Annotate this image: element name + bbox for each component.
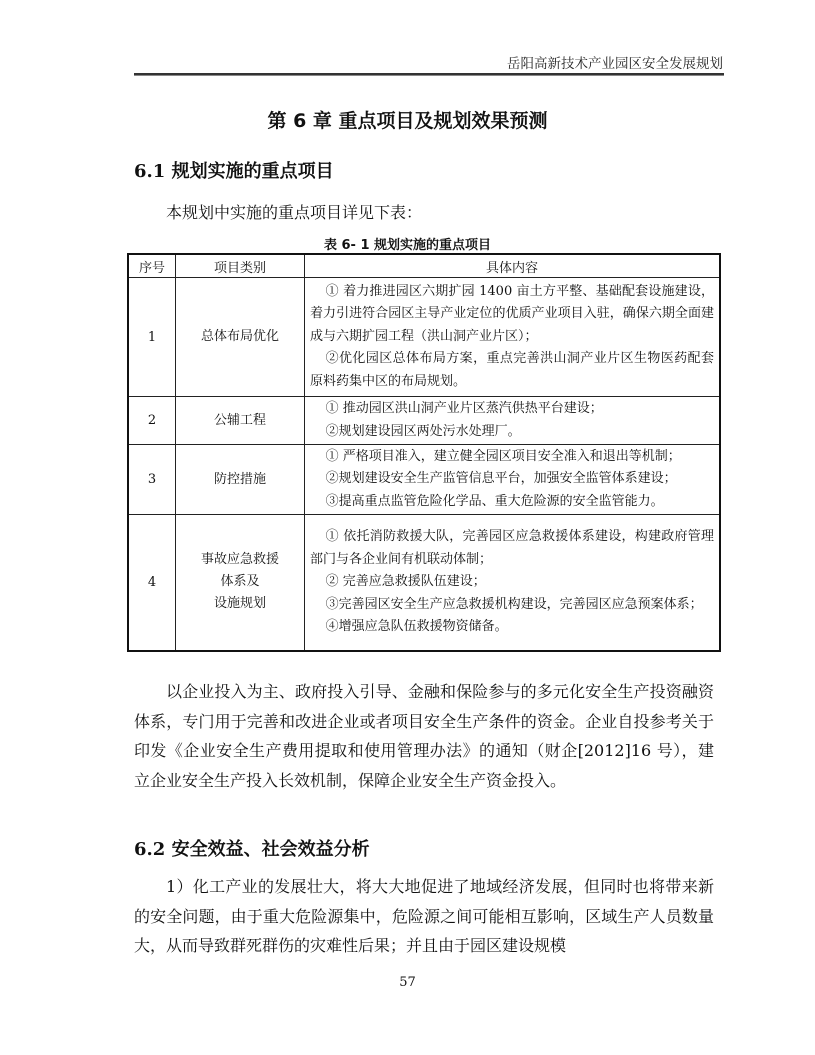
running-header: 岳阳高新技术产业园区安全发展规划	[507, 52, 723, 72]
row-category: 公辅工程	[176, 397, 305, 445]
content-item: ②优化园区总体布局方案，重点完善洪山洞产业片区生物医药配套原料药集中区的布局规划…	[310, 348, 714, 393]
table-caption: 表 6- 1 规划实施的重点项目	[0, 234, 815, 253]
row-category: 防控措施	[176, 445, 305, 515]
row-category: 总体布局优化	[176, 278, 305, 397]
table-row: 1 总体布局优化 ① 着力推进园区六期扩园 1400 亩土方平整、基础配套设施建…	[128, 278, 720, 397]
benefit-paragraph: 1）化工产业的发展壮大，将大大地促进了地域经济发展，但同时也将带来新的安全问题，…	[134, 872, 714, 961]
table-row: 4 事故应急救援 体系及 设施规划 ① 依托消防救援大队，完善园区应急救援体系建…	[128, 515, 720, 651]
section-heading-6-1: 6.1 规划实施的重点项目	[134, 157, 334, 183]
header-content: 具体内容	[305, 254, 721, 278]
row-no: 2	[128, 397, 176, 445]
content-item: ③提高重点监管危险化学品、重大危险源的安全监管能力。	[310, 491, 714, 514]
table-header-row: 序号 项目类别 具体内容	[128, 254, 720, 278]
section-intro: 本规划中实施的重点项目详见下表：	[134, 198, 714, 228]
category-line: 设施规划	[181, 593, 299, 615]
header-category: 项目类别	[176, 254, 305, 278]
table-row: 3 防控措施 ① 严格项目准入，建立健全园区项目安全准入和退出等机制； ②规划建…	[128, 445, 720, 515]
funding-paragraph: 以企业投入为主、政府投入引导、金融和保险参与的多元化安全生产投资融资体系，专门用…	[134, 677, 714, 795]
content-item: ④增强应急队伍救援物资储备。	[310, 616, 714, 639]
row-content: ① 着力推进园区六期扩园 1400 亩土方平整、基础配套设施建设，着力引进符合园…	[305, 278, 721, 397]
row-category: 事故应急救援 体系及 设施规划	[176, 515, 305, 651]
chapter-title: 第 6 章 重点项目及规划效果预测	[0, 106, 815, 133]
key-projects-table: 序号 项目类别 具体内容 1 总体布局优化 ① 着力推进园区六期扩园 1400 …	[127, 253, 721, 652]
row-content: ① 严格项目准入，建立健全园区项目安全准入和退出等机制； ②规划建设安全生产监管…	[305, 445, 721, 515]
row-no: 4	[128, 515, 176, 651]
row-content: ① 推动园区洪山洞产业片区蒸汽供热平台建设； ②规划建设园区两处污水处理厂。	[305, 397, 721, 445]
content-item: ② 完善应急救援队伍建设；	[310, 571, 714, 594]
content-item: ① 推动园区洪山洞产业片区蒸汽供热平台建设；	[310, 398, 714, 421]
category-line: 体系及	[181, 571, 299, 593]
section-heading-6-2: 6.2 安全效益、社会效益分析	[134, 835, 370, 861]
content-item: ① 严格项目准入，建立健全园区项目安全准入和退出等机制；	[310, 446, 714, 469]
row-no: 1	[128, 278, 176, 397]
content-item: ① 着力推进园区六期扩园 1400 亩土方平整、基础配套设施建设，着力引进符合园…	[310, 281, 714, 349]
category-line: 事故应急救援	[181, 549, 299, 571]
content-item: ③完善园区安全生产应急救援机构建设，完善园区应急预案体系；	[310, 594, 714, 617]
row-content: ① 依托消防救援大队，完善园区应急救援体系建设，构建政府管理部门与各企业间有机联…	[305, 515, 721, 651]
header-divider	[134, 73, 724, 76]
content-item: ②规划建设园区两处污水处理厂。	[310, 421, 714, 444]
table-row: 2 公辅工程 ① 推动园区洪山洞产业片区蒸汽供热平台建设； ②规划建设园区两处污…	[128, 397, 720, 445]
content-item: ②规划建设安全生产监管信息平台，加强安全监管体系建设；	[310, 468, 714, 491]
row-no: 3	[128, 445, 176, 515]
content-item: ① 依托消防救援大队，完善园区应急救援体系建设，构建政府管理部门与各企业间有机联…	[310, 526, 714, 571]
page-number: 57	[0, 975, 815, 990]
header-no: 序号	[128, 254, 176, 278]
